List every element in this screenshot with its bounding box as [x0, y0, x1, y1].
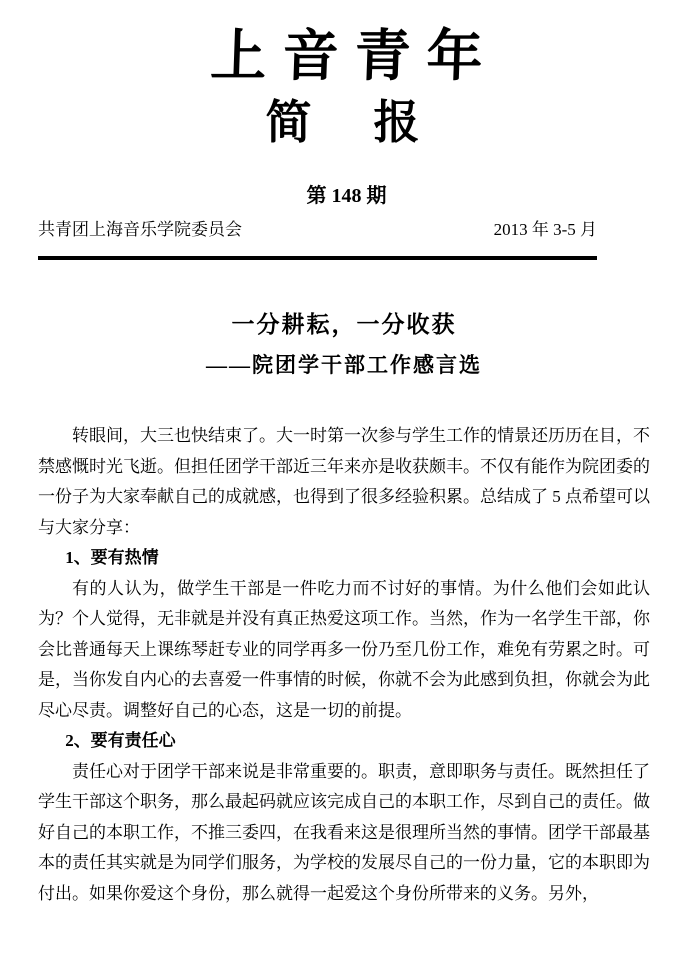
- brand-subtitle: 简 报: [0, 94, 693, 150]
- article: 一分耕耘，一分收获 ——院团学干部工作感言选 转眼间，大三也快结束了。大一时第一…: [38, 311, 650, 909]
- brand-title: 上音青年: [0, 20, 693, 92]
- newsletter-page: 上音青年 简 报 第 148 期 共青团上海音乐学院委员会 2013 年 3-5…: [0, 0, 693, 966]
- section-1-paragraph: 有的人认为，做学生干部是一件吃力而不讨好的事情。为什么他们会如此认为？个人觉得，…: [38, 574, 650, 727]
- article-title: 一分耕耘，一分收获: [38, 311, 650, 339]
- article-subtitle: ——院团学干部工作感言选: [38, 352, 650, 378]
- section-2-heading: 2、要有责任心: [38, 726, 650, 757]
- organization-name: 共青团上海音乐学院委员会: [38, 219, 242, 241]
- masthead-divider: [38, 256, 597, 260]
- issue-meta-row: 共青团上海音乐学院委员会 2013 年 3-5 月: [38, 219, 597, 241]
- issue-period: 2013 年 3-5 月: [494, 219, 597, 241]
- section-1-heading: 1、要有热情: [38, 543, 650, 574]
- issue-number: 第 148 期: [0, 184, 693, 208]
- article-body: 转眼间，大三也快结束了。大一时第一次参与学生工作的情景还历历在目，不禁感慨时光飞…: [38, 421, 650, 909]
- intro-paragraph: 转眼间，大三也快结束了。大一时第一次参与学生工作的情景还历历在目，不禁感慨时光飞…: [38, 421, 650, 543]
- section-2-paragraph: 责任心对于团学干部来说是非常重要的。职责，意即职务与责任。既然担任了学生干部这个…: [38, 757, 650, 910]
- masthead: 上音青年 简 报 第 148 期 共青团上海音乐学院委员会 2013 年 3-5…: [0, 0, 693, 260]
